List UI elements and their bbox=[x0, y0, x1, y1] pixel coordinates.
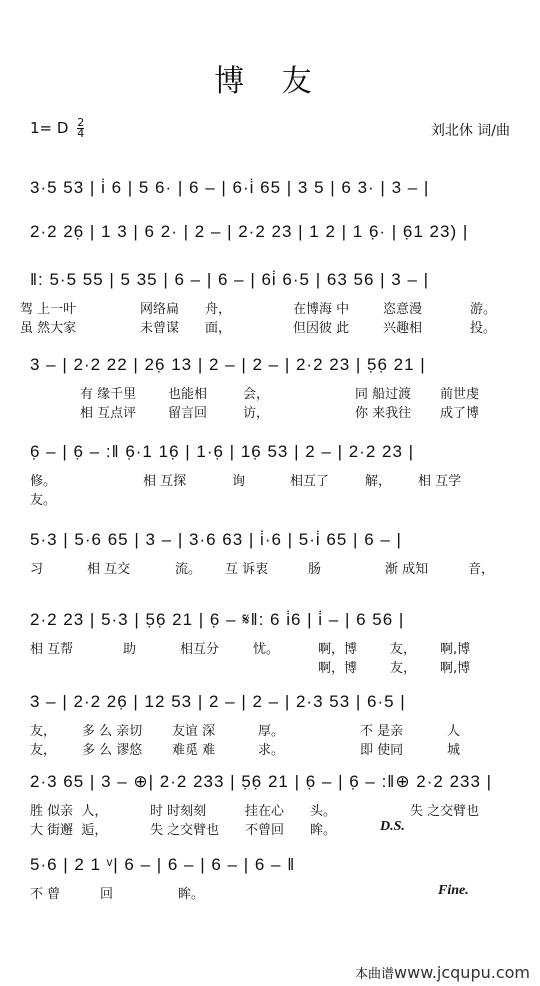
lyric-segment: 留言回 bbox=[168, 402, 207, 421]
lyric-line: 友，多 么 亲切友谊 深厚。不 是亲人 bbox=[0, 720, 540, 738]
notation-system: 5·3 | 5·6 65 | 3 – | 3·6 63 | i̇·6 | 5·i… bbox=[30, 530, 518, 556]
lyric-segment: 大 街邂 逅， bbox=[30, 819, 107, 838]
lyric-segment: 多 么 亲切 bbox=[82, 720, 142, 739]
lyric-segment: 失 之交臂也 bbox=[410, 800, 479, 819]
notation-system: 3 – | 2·2 26̣ | 12 53 | 2 – | 2 – | 2·3 … bbox=[30, 692, 518, 718]
lyric-line: 相 互帮助相互分忧。啊，博友，啊,博 bbox=[0, 638, 540, 656]
lyric-line: 友。 bbox=[0, 489, 540, 507]
lyric-line: 修。相 互探询相互了解，相 互学 bbox=[0, 470, 540, 488]
lyric-segment: 啊，博 bbox=[318, 638, 357, 657]
lyric-segment: 相互了 bbox=[290, 470, 329, 489]
lyric-segment: 相 互交 bbox=[87, 558, 130, 577]
lyric-segment: 挂在心 bbox=[245, 800, 284, 819]
lyric-segment: 相互分 bbox=[180, 638, 219, 657]
lyric-segment: 相 互学 bbox=[418, 470, 461, 489]
lyric-segment: 友， bbox=[390, 657, 416, 676]
lyric-segment: 访， bbox=[243, 402, 269, 421]
lyric-segment: 舟， bbox=[205, 298, 231, 317]
lyric-segment: 同 船过渡 bbox=[355, 383, 411, 402]
lyric-line: 大 街邂 逅，失 之交臂也不曾回眸。D.S. bbox=[0, 819, 540, 837]
lyric-segment: 友， bbox=[390, 638, 416, 657]
key-tonic: 1= D bbox=[30, 119, 68, 137]
lyric-segment: 友。 bbox=[30, 489, 56, 508]
lyric-segment: 时 时刻刻 bbox=[150, 800, 206, 819]
notation-system: 6̣ – | 6̣ – :‖ 6̣·1 16̣ | 1·6̣ | 16̣ 53 … bbox=[30, 442, 518, 468]
lyric-segment: 友， bbox=[30, 720, 56, 739]
lyric-segment: 兴趣相 bbox=[383, 317, 422, 336]
lyric-segment: 相 互探 bbox=[143, 470, 186, 489]
lyric-segment: 求。 bbox=[258, 739, 284, 758]
lyric-segment: 成了博 bbox=[440, 402, 479, 421]
footer-url[interactable]: www.jcqupu.com bbox=[394, 963, 530, 982]
lyric-segment: 网络扁 bbox=[140, 298, 179, 317]
lyric-segment: 会， bbox=[243, 383, 269, 402]
lyric-segment: 眸。 bbox=[178, 883, 204, 902]
lyric-segment: 但因彼 此 bbox=[293, 317, 349, 336]
lyric-segment: 人 bbox=[447, 720, 460, 739]
lyric-segment: 音， bbox=[468, 558, 494, 577]
lyric-segment: 恣意漫 bbox=[383, 298, 422, 317]
lyric-segment: 多 么 谬悠 bbox=[82, 739, 142, 758]
author-credit: 刘北休 词/曲 bbox=[431, 120, 510, 140]
lyric-segment: 啊,博 bbox=[440, 657, 470, 676]
footer-watermark: 本曲谱www.jcqupu.com bbox=[355, 963, 530, 982]
lyric-segment: 在博海 中 bbox=[293, 298, 349, 317]
lyric-segment: 失 之交臂也 bbox=[150, 819, 219, 838]
lyric-segment: 胜 似亲 人， bbox=[30, 800, 107, 819]
lyric-segment: 不 是亲 bbox=[360, 720, 403, 739]
lyric-line: 胜 似亲 人，时 时刻刻挂在心头。失 之交臂也 bbox=[0, 800, 540, 818]
notation-system: 5·6 | 2 1 ᵛ| 6 – | 6 – | 6 – | 6 – ‖ bbox=[30, 855, 518, 881]
lyric-segment: 肠 bbox=[308, 558, 321, 577]
lyric-segment: D.S. bbox=[380, 819, 405, 835]
lyric-segment: Fine. bbox=[438, 883, 469, 899]
lyric-line: 驾 上一叶网络扁舟，在博海 中恣意漫游。 bbox=[0, 298, 540, 316]
notation-system: 2·2 23 | 5·3 | 5̣6̣ 21 | 6̣ – 𝄋‖: 6 i̇6 … bbox=[30, 610, 518, 636]
lyric-segment: 也能相 bbox=[168, 383, 207, 402]
lyric-segment: 习 bbox=[30, 558, 43, 577]
time-signature: 2 4 bbox=[77, 118, 84, 139]
notation-system: ‖: 5·5 55 | 5 35 | 6 – | 6 – | 6i̇ 6·5 |… bbox=[30, 270, 518, 296]
notation-system: 3 – | 2·2 22 | 26̣ 13 | 2 – | 2 – | 2·2 … bbox=[30, 355, 518, 381]
lyric-segment: 不 曾 bbox=[30, 883, 60, 902]
lyric-segment: 解， bbox=[365, 470, 391, 489]
lyric-line: 有 缘千里也能相会，同 船过渡前世虔 bbox=[0, 383, 540, 401]
lyric-segment: 啊，博 bbox=[318, 657, 357, 676]
lyric-segment: 头。 bbox=[310, 800, 336, 819]
lyric-segment: 流。 bbox=[175, 558, 201, 577]
notation-system: 2·2 26̣ | 1 3 | 6 2· | 2 – | 2·2 23 | 1 … bbox=[30, 222, 518, 248]
lyric-segment: 未曾谋 bbox=[140, 317, 179, 336]
key-signature: 1= D 2 4 bbox=[30, 118, 84, 139]
lyric-line: 虽 然大家未曾谋面，但因彼 此兴趣相投。 bbox=[0, 317, 540, 335]
lyric-segment: 友谊 深 bbox=[172, 720, 215, 739]
lyric-segment: 难觅 难 bbox=[172, 739, 215, 758]
lyric-segment: 虽 然大家 bbox=[20, 317, 76, 336]
lyric-segment: 眸。 bbox=[310, 819, 336, 838]
lyric-segment: 询 bbox=[232, 470, 245, 489]
lyric-line: 相 互点评留言回访，你 来我往成了博 bbox=[0, 402, 540, 420]
lyric-segment: 渐 成知 bbox=[385, 558, 428, 577]
lyric-segment: 面， bbox=[205, 317, 231, 336]
lyric-segment: 友， bbox=[30, 739, 56, 758]
lyric-line: 友，多 么 谬悠难觅 难求。即 使同城 bbox=[0, 739, 540, 757]
lyric-segment: 修。 bbox=[30, 470, 56, 489]
lyric-segment: 助 bbox=[123, 638, 136, 657]
lyric-segment: 城 bbox=[447, 739, 460, 758]
lyric-segment: 相 互帮 bbox=[30, 638, 73, 657]
lyric-line: 啊，博友，啊,博 bbox=[0, 657, 540, 675]
lyric-line: 习相 互交流。互 诉衷肠渐 成知音， bbox=[0, 558, 540, 576]
lyric-line: 不 曾回眸。Fine. bbox=[0, 883, 540, 901]
lyric-segment: 互 诉衷 bbox=[225, 558, 268, 577]
lyric-segment: 忧。 bbox=[253, 638, 279, 657]
lyric-segment: 投。 bbox=[470, 317, 496, 336]
page-title: 博 友 bbox=[0, 56, 540, 100]
lyric-segment: 你 来我往 bbox=[355, 402, 411, 421]
notation-system: 2·3 65 | 3 – ⊕| 2·2 233 | 5̣6̣ 21 | 6̣ –… bbox=[30, 772, 518, 798]
lyric-segment: 驾 上一叶 bbox=[20, 298, 76, 317]
footer-prefix: 本曲谱 bbox=[355, 967, 394, 982]
lyric-segment: 不曾回 bbox=[245, 819, 284, 838]
notation-system: 3·5 53 | i̇ 6 | 5 6· | 6 – | 6·i̇ 65 | 3… bbox=[30, 178, 518, 204]
lyric-segment: 啊,博 bbox=[440, 638, 470, 657]
lyric-segment: 前世虔 bbox=[440, 383, 479, 402]
lyric-segment: 游。 bbox=[470, 298, 496, 317]
lyric-segment: 相 互点评 bbox=[80, 402, 136, 421]
lyric-segment: 厚。 bbox=[258, 720, 284, 739]
lyric-segment: 回 bbox=[100, 883, 113, 902]
lyric-segment: 即 使同 bbox=[360, 739, 403, 758]
lyric-segment: 有 缘千里 bbox=[80, 383, 136, 402]
